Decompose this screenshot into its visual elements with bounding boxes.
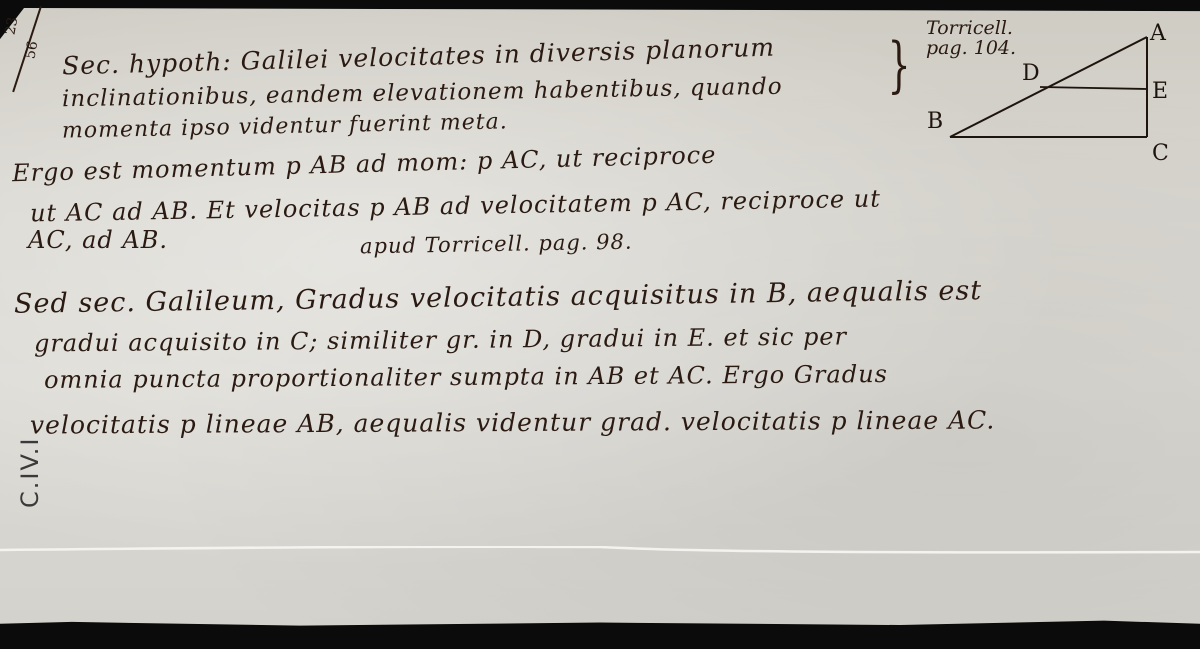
label-D: D <box>1022 61 1040 86</box>
inline-reference-note: apud Torricell. pag. 98. <box>360 230 633 259</box>
folio-number-bottom: 56 <box>22 40 41 60</box>
label-A: A <box>1149 21 1167 46</box>
text-line-9: omnia puncta proportionaliter sumpta in … <box>44 360 888 394</box>
label-E: E <box>1152 79 1168 104</box>
triangle-figure: A B C D E <box>920 20 1200 170</box>
folio-number-top: 23 <box>2 16 21 36</box>
paper-crease <box>0 546 1200 556</box>
text-line-10: velocitatis p lineae AB, aequalis vident… <box>30 405 995 439</box>
triangle-diagram: A B C D E <box>920 20 1200 170</box>
curly-brace: } <box>888 30 911 100</box>
archive-shelfmark: C.IV.I <box>16 437 44 509</box>
text-line-6: AC, ad AB. <box>28 226 168 254</box>
label-C: C <box>1152 141 1169 166</box>
label-B: B <box>927 109 943 134</box>
